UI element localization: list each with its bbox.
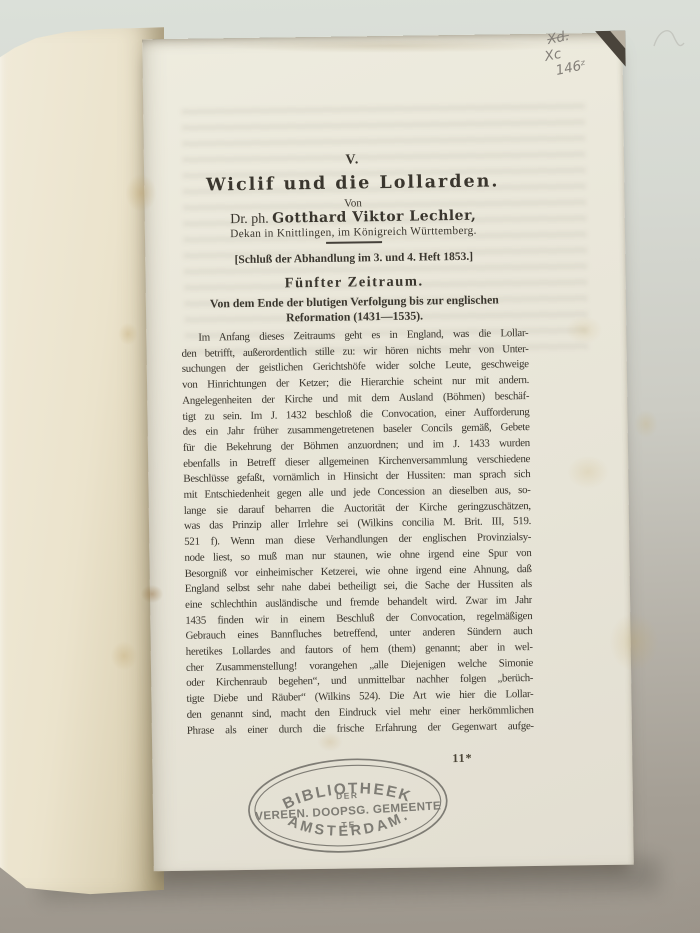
section-number: V. [179,150,526,171]
article-title: Wiclif und die Lollarden. [179,171,526,196]
previous-page-edge [0,26,164,895]
handwritten-shelfmark: Xd. Xc 146ᶻ [536,26,588,82]
stamp-text-der: DER [336,790,359,801]
signature-mark: 11* [452,751,473,766]
body-text: Im Anfang dieses Zeitraums geht es in En… [181,326,534,739]
faint-pencil-mark [650,24,688,58]
author-name: Gotthard Viktor Lechler, [272,208,476,227]
library-stamp: BIBLIOTHEEK DER VEREEN. DOOPSG. GEMEENTE… [243,750,453,866]
author-prefix: Dr. ph. [230,212,269,228]
chapter-subtitle: Von dem Ende der blutigen Verfolgung bis… [181,292,528,327]
dog-ear-corner-highlight [610,31,625,49]
chapter-heading: Fünfter Zeitraum. [181,272,528,294]
page-content: V. Wiclif und die Lollarden. Von Dr. ph.… [177,34,534,739]
printed-page: V. Wiclif und die Lollarden. Von Dr. ph.… [142,33,634,872]
issue-note: [Schluß der Abhandlung im 3. und 4. Heft… [180,250,527,267]
book-photo: V. Wiclif und die Lollarden. Von Dr. ph.… [0,0,700,933]
separator-rule [326,241,382,244]
library-stamp-graphic: BIBLIOTHEEK DER VEREEN. DOOPSG. GEMEENTE… [243,750,453,866]
